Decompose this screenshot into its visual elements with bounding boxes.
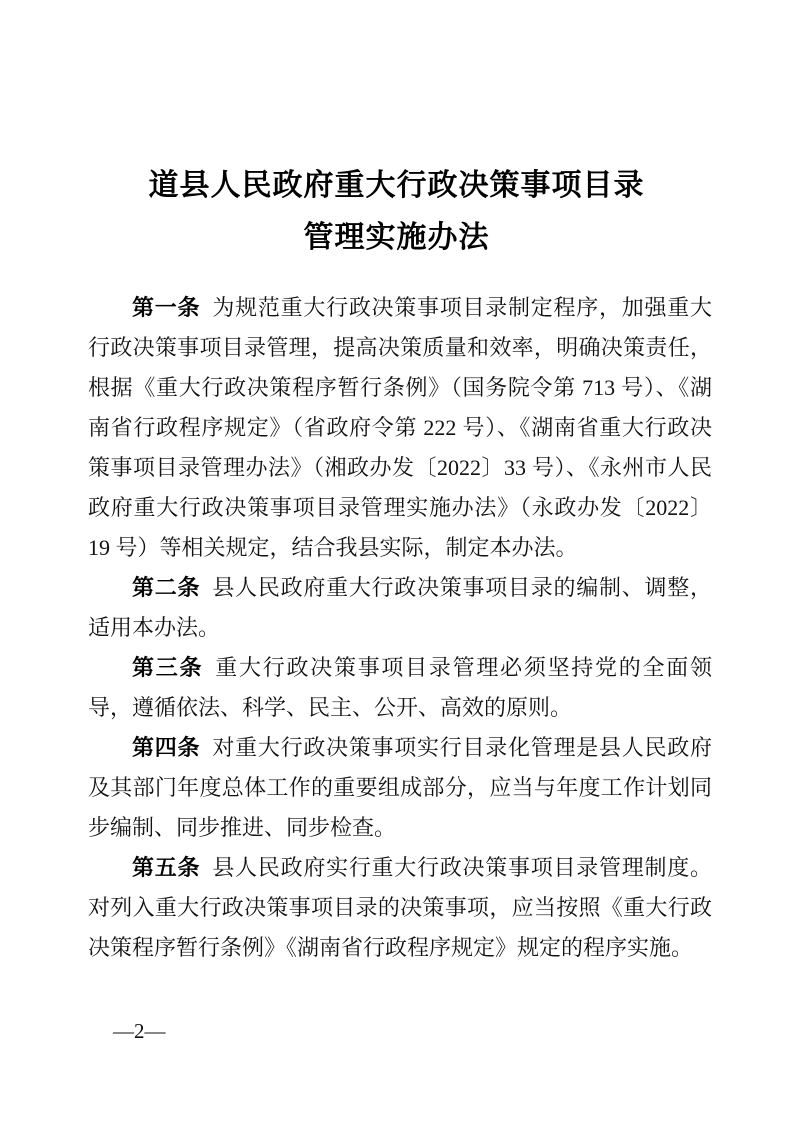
- article-3-label: 第三条: [132, 655, 203, 680]
- article-4-label: 第四条: [132, 735, 200, 760]
- paragraph-article-1: 第一条为规范重大行政决策事项目录制定程序，加强重大行政决策事项目录管理，提高决策…: [88, 288, 712, 568]
- article-1-label: 第一条: [132, 295, 200, 320]
- paragraph-article-5: 第五条县人民政府实行重大行政决策事项目录管理制度。对列入重大行政决策事项目录的决…: [88, 848, 712, 968]
- document-title: 道县人民政府重大行政决策事项目录 管理实施办法: [0, 160, 793, 264]
- paragraph-article-4: 第四条对重大行政决策事项实行目录化管理是县人民政府及其部门年度总体工作的重要组成…: [88, 728, 712, 848]
- document-title-line-1: 道县人民政府重大行政决策事项目录: [0, 160, 793, 212]
- page-number: —2—: [113, 1018, 166, 1044]
- article-2-label: 第二条: [132, 575, 200, 600]
- paragraph-article-2: 第二条县人民政府重大行政决策事项目录的编制、调整，适用本办法。: [88, 568, 712, 648]
- document-title-line-2: 管理实施办法: [0, 212, 793, 264]
- paragraph-article-3: 第三条重大行政决策事项目录管理必须坚持党的全面领导，遵循依法、科学、民主、公开、…: [88, 648, 712, 728]
- document-page: 道县人民政府重大行政决策事项目录 管理实施办法 第一条为规范重大行政决策事项目录…: [0, 0, 793, 1122]
- article-5-label: 第五条: [132, 855, 200, 880]
- article-1-text: 为规范重大行政决策事项目录制定程序，加强重大行政决策事项目录管理，提高决策质量和…: [88, 295, 712, 560]
- document-body: 第一条为规范重大行政决策事项目录制定程序，加强重大行政决策事项目录管理，提高决策…: [88, 288, 712, 968]
